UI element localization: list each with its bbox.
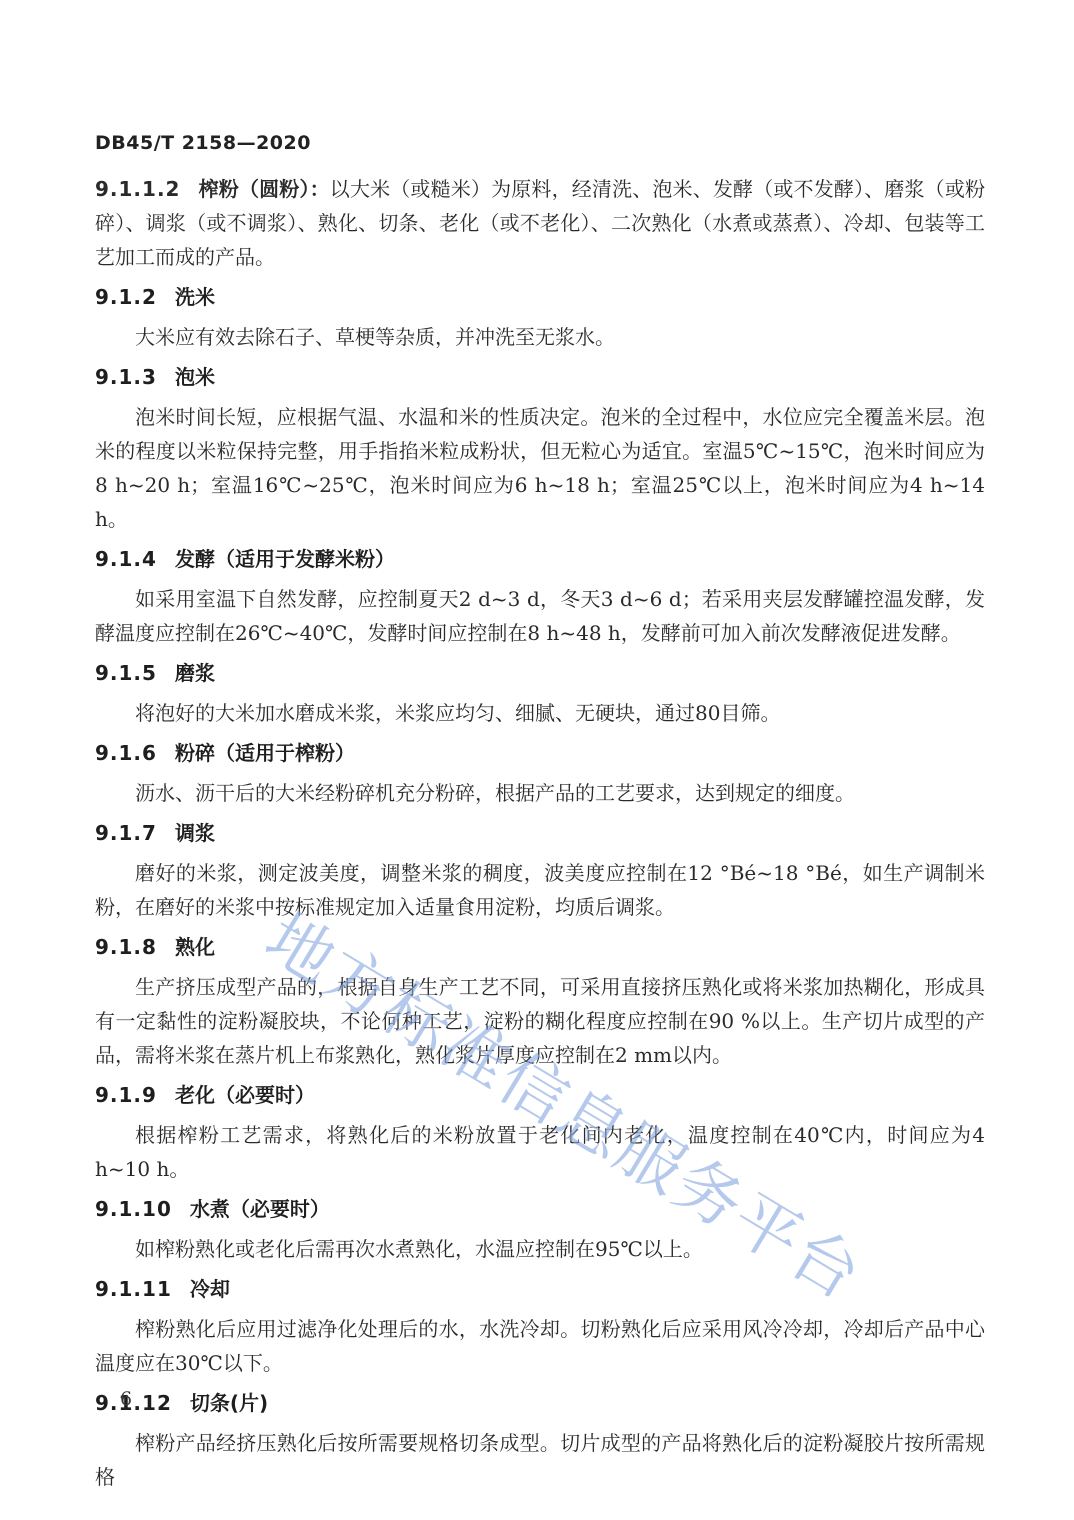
clause-title: 老化（必要时） [175,1083,315,1107]
clause-number: 9.1.5 [95,661,157,685]
section-body: 大米应有效去除石子、草梗等杂质，并冲洗至无浆水。 [95,320,985,354]
section-heading: 9.1.12切条(片) [95,1386,985,1420]
clause-number: 9.1.7 [95,821,157,845]
section-shui-zhu: 9.1.10水煮（必要时） 如榨粉熟化或老化后需再次水煮熟化，水温应控制在95℃… [95,1192,985,1266]
section-leng-que: 9.1.11冷却 榨粉熟化后应用过滤净化处理后的水，水洗冷却。切粉熟化后应采用风… [95,1272,985,1380]
definition-term: 榨粉（圆粉）： [198,177,329,201]
section-body: 将泡好的大米加水磨成米浆，米浆应均匀、细腻、无硬块，通过80目筛。 [95,696,985,730]
clause-number: 9.1.10 [95,1197,172,1221]
clause-title: 切条(片) [190,1391,268,1415]
section-body: 生产挤压成型产品的，根据自身生产工艺不同，可采用直接挤压熟化或将米浆加热糊化，形… [95,970,985,1072]
section-lao-hua: 9.1.9老化（必要时） 根据榨粉工艺需求，将熟化后的米粉放置于老化间内老化，温… [95,1078,985,1186]
section-heading: 9.1.11冷却 [95,1272,985,1306]
clause-title: 调浆 [175,821,215,845]
section-heading: 9.1.5磨浆 [95,656,985,690]
section-heading: 9.1.6粉碎（适用于榨粉） [95,736,985,770]
document-page: DB45/T 2158—2020 9.1.1.2榨粉（圆粉）：以大米（或糙米）为… [0,0,1074,1520]
clause-number: 9.1.11 [95,1277,172,1301]
section-heading: 9.1.7调浆 [95,816,985,850]
page-content: DB45/T 2158—2020 9.1.1.2榨粉（圆粉）：以大米（或糙米）为… [95,130,985,1494]
section-heading: 9.1.4发酵（适用于发酵米粉） [95,542,985,576]
section-body: 根据榨粉工艺需求，将熟化后的米粉放置于老化间内老化，温度控制在40℃内，时间应为… [95,1118,985,1186]
section-pao-mi: 9.1.3泡米 泡米时间长短，应根据气温、水温和米的性质决定。泡米的全过程中，水… [95,360,985,536]
section-shu-hua: 9.1.8熟化 生产挤压成型产品的，根据自身生产工艺不同，可采用直接挤压熟化或将… [95,930,985,1072]
section-heading: 9.1.2洗米 [95,280,985,314]
clause-title: 粉碎（适用于榨粉） [175,741,355,765]
standard-code-header: DB45/T 2158—2020 [95,130,985,156]
section-body: 榨粉产品经挤压熟化后按所需要规格切条成型。切片成型的产品将熟化后的淀粉凝胶片按所… [95,1426,985,1494]
section-heading: 9.1.9老化（必要时） [95,1078,985,1112]
clause-title: 发酵（适用于发酵米粉） [175,547,395,571]
section-body: 磨好的米浆，测定波美度，调整米浆的稠度，波美度应控制在12 °Bé~18 °Bé… [95,856,985,924]
clause-number: 9.1.2 [95,285,157,309]
section-heading: 9.1.10水煮（必要时） [95,1192,985,1226]
clause-number: 9.1.6 [95,741,157,765]
clause-title: 水煮（必要时） [190,1197,330,1221]
section-mo-jiang: 9.1.5磨浆 将泡好的大米加水磨成米浆，米浆应均匀、细腻、无硬块，通过80目筛… [95,656,985,730]
page-number: 6 [120,1388,132,1410]
clause-title: 磨浆 [175,661,215,685]
section-fa-jiao: 9.1.4发酵（适用于发酵米粉） 如采用室温下自然发酵，应控制夏天2 d~3 d… [95,542,985,650]
section-body: 泡米时间长短，应根据气温、水温和米的性质决定。泡米的全过程中，水位应完全覆盖米层… [95,400,985,536]
clause-number: 9.1.4 [95,547,157,571]
clause-number: 9.1.9 [95,1083,157,1107]
clause-title: 泡米 [175,365,215,389]
section-xi-mi: 9.1.2洗米 大米应有效去除石子、草梗等杂质，并冲洗至无浆水。 [95,280,985,354]
section-qie-tiao: 9.1.12切条(片) 榨粉产品经挤压熟化后按所需要规格切条成型。切片成型的产品… [95,1386,985,1494]
section-fen-sui: 9.1.6粉碎（适用于榨粉） 沥水、沥干后的大米经粉碎机充分粉碎，根据产品的工艺… [95,736,985,810]
clause-title: 冷却 [190,1277,230,1301]
clause-number: 9.1.12 [95,1391,172,1415]
section-tiao-jiang: 9.1.7调浆 磨好的米浆，测定波美度，调整米浆的稠度，波美度应控制在12 °B… [95,816,985,924]
clause-number: 9.1.1.2 [95,177,180,201]
section-body: 如榨粉熟化或老化后需再次水煮熟化，水温应控制在95℃以上。 [95,1232,985,1266]
section-body: 如采用室温下自然发酵，应控制夏天2 d~3 d，冬天3 d~6 d；若采用夹层发… [95,582,985,650]
section-body: 榨粉熟化后应用过滤净化处理后的水，水洗冷却。切粉熟化后应采用风冷冷却，冷却后产品… [95,1312,985,1380]
clause-number: 9.1.3 [95,365,157,389]
section-heading: 9.1.3泡米 [95,360,985,394]
clause-number: 9.1.8 [95,935,157,959]
clause-title: 洗米 [175,285,215,309]
section-heading: 9.1.8熟化 [95,930,985,964]
clause-title: 熟化 [175,935,215,959]
definition-paragraph: 9.1.1.2榨粉（圆粉）：以大米（或糙米）为原料，经清洗、泡米、发酵（或不发酵… [95,172,985,274]
section-body: 沥水、沥干后的大米经粉碎机充分粉碎，根据产品的工艺要求，达到规定的细度。 [95,776,985,810]
